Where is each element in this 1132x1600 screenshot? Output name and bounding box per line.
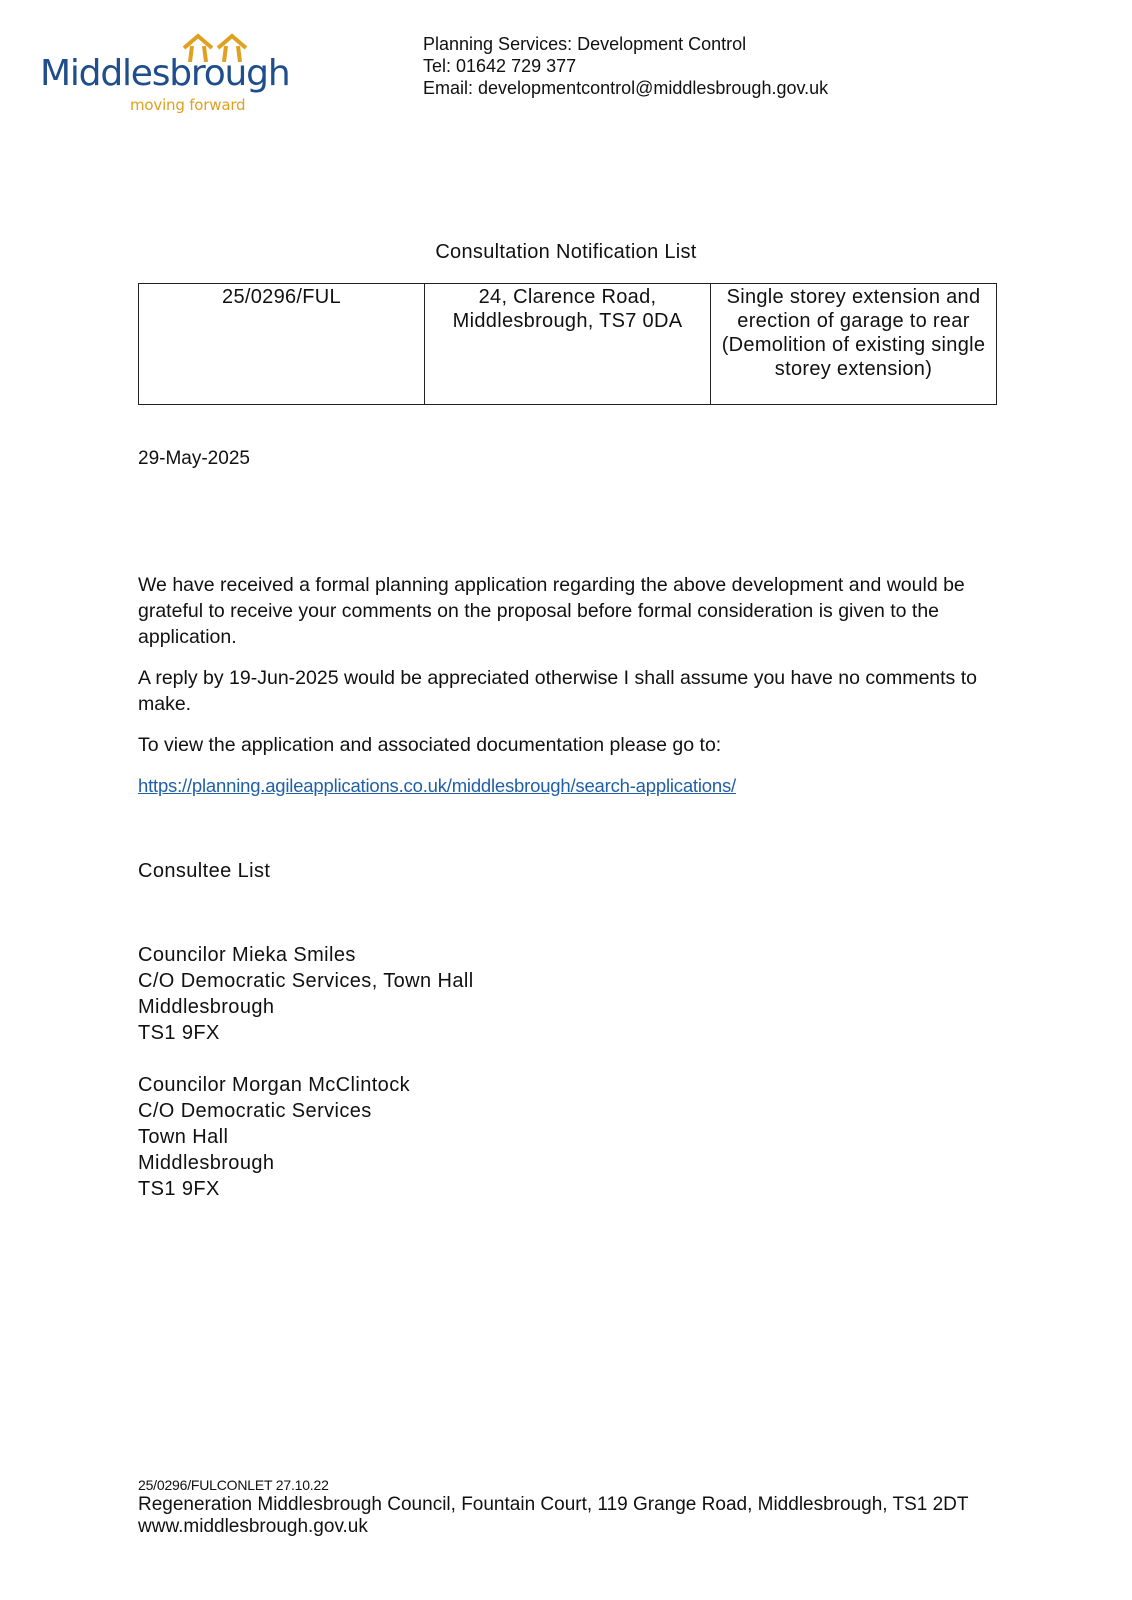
letter-date: 29-May-2025 — [138, 448, 250, 470]
search-applications-link[interactable]: https://planning.agileapplications.co.uk… — [138, 775, 736, 796]
table-row: 25/0296/FUL 24, Clarence Road, Middlesbr… — [139, 284, 997, 405]
consultee-address: Councilor Morgan McClintock C/O Democrat… — [138, 1072, 410, 1202]
consultee-list-heading: Consultee List — [138, 860, 270, 883]
letter-body: We have received a formal planning appli… — [138, 572, 1008, 814]
council-logo: Middlesbrough moving forward — [40, 30, 310, 120]
footer-website: www.middlesbrough.gov.uk — [138, 1516, 368, 1538]
application-description: Single storey extension and erection of … — [711, 284, 997, 405]
consultee-address-line: Middlesbrough — [138, 994, 474, 1020]
email-line: Email: developmentcontrol@middlesbrough.… — [423, 77, 828, 99]
footer-address: Regeneration Middlesbrough Council, Foun… — [138, 1494, 969, 1516]
consultee-postcode: TS1 9FX — [138, 1020, 474, 1046]
consultee-address-line: C/O Democratic Services — [138, 1098, 410, 1124]
consultee-name: Councilor Morgan McClintock — [138, 1072, 410, 1098]
body-paragraph-1: We have received a formal planning appli… — [138, 572, 1008, 650]
logo-tagline: moving forward — [130, 96, 245, 114]
logo-wordmark: Middlesbrough — [40, 54, 289, 94]
application-address: 24, Clarence Road, Middlesbrough, TS7 0D… — [425, 284, 711, 405]
telephone-line: Tel: 01642 729 377 — [423, 55, 828, 77]
consultee-address-line: C/O Democratic Services, Town Hall — [138, 968, 474, 994]
application-table: 25/0296/FUL 24, Clarence Road, Middlesbr… — [138, 283, 997, 405]
body-paragraph-2: A reply by 19-Jun-2025 would be apprecia… — [138, 665, 1008, 717]
consultee-name: Councilor Mieka Smiles — [138, 942, 474, 968]
consultee-address: Councilor Mieka Smiles C/O Democratic Se… — [138, 942, 474, 1046]
consultee-address-line: Middlesbrough — [138, 1150, 410, 1176]
document-title: Consultation Notification List — [0, 241, 1132, 264]
consultee-postcode: TS1 9FX — [138, 1176, 410, 1202]
application-reference: 25/0296/FUL — [139, 284, 425, 405]
body-paragraph-3: To view the application and associated d… — [138, 732, 1008, 758]
department-line: Planning Services: Development Control — [423, 33, 828, 55]
consultee-address-line: Town Hall — [138, 1124, 410, 1150]
contact-block: Planning Services: Development Control T… — [423, 33, 828, 99]
footer-reference: 25/0296/FULCONLET 27.10.22 — [138, 1477, 329, 1493]
